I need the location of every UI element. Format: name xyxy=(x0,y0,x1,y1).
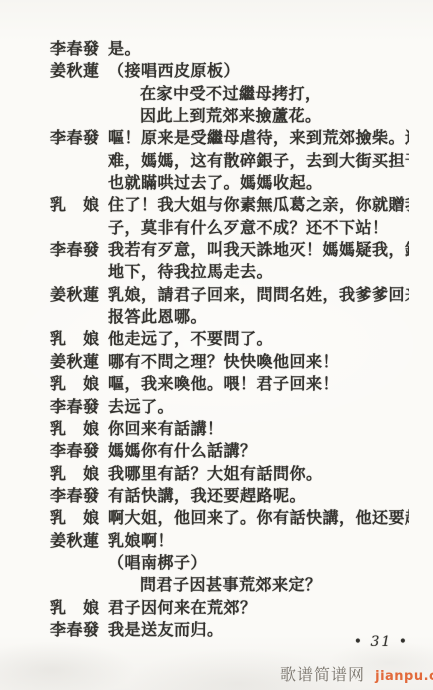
line-text: 是。 xyxy=(108,38,409,60)
speaker-name: 李春發 xyxy=(50,239,108,261)
script-line: 乳 娘 啊大姐，他回来了。你有話快講，他还要趕路呢。 xyxy=(50,507,409,529)
speaker-name xyxy=(50,552,108,574)
script-line: 李春發 嘔！原来是受繼母虐待，来到荒郊撿柴。这有何 xyxy=(50,127,409,149)
line-text: 問君子因甚事荒郊来定？ xyxy=(108,574,409,596)
line-text: 报答此恩哪。 xyxy=(108,306,409,328)
script-line: 乳 娘 他走远了，不要問了。 xyxy=(50,328,409,350)
script-line: 問君子因甚事荒郊来定？ xyxy=(50,574,409,596)
speaker-name: 乳 娘 xyxy=(50,597,108,619)
script-line: 乳 娘 住了！我大姐与你素無瓜葛之亲，你就贈我們銀 xyxy=(50,194,409,216)
speaker-name: 乳 娘 xyxy=(50,328,108,350)
line-text: 嘔！原来是受繼母虐待，来到荒郊撿柴。这有何 xyxy=(108,127,409,149)
line-text: 也就瞞哄过去了。媽媽收起。 xyxy=(108,172,409,194)
script-text-block: 李春發 是。 姜秋蓮 （接唱西皮原板） 在家中受不过繼母拷打， 因此上到荒郊来撿… xyxy=(50,38,409,641)
script-line: （唱南梆子） xyxy=(50,552,409,574)
speaker-name xyxy=(50,150,108,172)
line-text: 去远了。 xyxy=(108,396,409,418)
script-line: 李春發 我若有歹意，叫我天誅地灭！媽媽疑我，銀子放在 xyxy=(50,239,409,261)
line-text: 住了！我大姐与你素無瓜葛之亲，你就贈我們銀 xyxy=(108,194,409,216)
speaker-name: 姜秋蓮 xyxy=(50,530,108,552)
script-line: 李春發 是。 xyxy=(50,38,409,60)
speaker-name: 乳 娘 xyxy=(50,418,108,440)
line-text: 难，媽媽，这有散碎銀子，去到大街买担干柴回去， xyxy=(108,150,409,172)
script-line: 李春發 去远了。 xyxy=(50,396,409,418)
speaker-name: 李春發 xyxy=(50,485,108,507)
script-line: 姜秋蓮 （接唱西皮原板） xyxy=(50,60,409,82)
script-line: 难，媽媽，这有散碎銀子，去到大街买担干柴回去， xyxy=(50,150,409,172)
script-line: 乳 娘 君子因何来在荒郊？ xyxy=(50,597,409,619)
line-text: 我若有歹意，叫我天誅地灭！媽媽疑我，銀子放在 xyxy=(108,239,409,261)
line-text: 哪有不問之理？快快喚他回来！ xyxy=(108,351,409,373)
speaker-name: 乳 娘 xyxy=(50,463,108,485)
speaker-name: 李春發 xyxy=(50,396,108,418)
scanned-script-page: 李春發 是。 姜秋蓮 （接唱西皮原板） 在家中受不过繼母拷打， 因此上到荒郊来撿… xyxy=(0,0,433,690)
line-text: 有話快講，我还要趕路呢。 xyxy=(108,485,409,507)
speaker-name xyxy=(50,217,108,239)
watermark: 歌谱简谱网 jianpu.cn xyxy=(280,662,433,685)
speaker-name xyxy=(50,83,108,105)
script-line: 姜秋蓮 乳娘啊！ xyxy=(50,530,409,552)
line-text: 君子因何来在荒郊？ xyxy=(108,597,409,619)
script-line: 乳 娘 你回来有話講！ xyxy=(50,418,409,440)
script-line: 乳 娘 嘔，我来喚他。喂！君子回来！ xyxy=(50,373,409,395)
line-text: 嘔，我来喚他。喂！君子回来！ xyxy=(108,373,409,395)
speaker-name xyxy=(50,574,108,596)
speaker-name xyxy=(50,261,108,283)
speaker-name: 李春發 xyxy=(50,440,108,462)
script-line: 地下，待我拉馬走去。 xyxy=(50,261,409,283)
script-line: 姜秋蓮 哪有不問之理？快快喚他回来！ xyxy=(50,351,409,373)
speaker-name: 姜秋蓮 xyxy=(50,351,108,373)
speaker-name: 李春發 xyxy=(50,619,108,641)
script-line: 姜秋蓮 乳娘，請君子回来，問問名姓，我爹爹回来，也好 xyxy=(50,284,409,306)
line-text: （唱南梆子） xyxy=(108,552,409,574)
script-line: 在家中受不过繼母拷打， xyxy=(50,83,409,105)
line-text: （接唱西皮原板） xyxy=(108,60,409,82)
line-text: 地下，待我拉馬走去。 xyxy=(108,261,409,283)
script-line: 李春發 有話快講，我还要趕路呢。 xyxy=(50,485,409,507)
page-number: • 31 • xyxy=(354,634,409,650)
speaker-name: 乳 娘 xyxy=(50,194,108,216)
line-text: 因此上到荒郊来撿蘆花。 xyxy=(108,105,409,127)
speaker-name xyxy=(50,172,108,194)
line-text: 你回来有話講！ xyxy=(108,418,409,440)
line-text: 乳娘，請君子回来，問問名姓，我爹爹回来，也好 xyxy=(108,284,409,306)
speaker-name xyxy=(50,105,108,127)
script-line: 报答此恩哪。 xyxy=(50,306,409,328)
line-text: 在家中受不过繼母拷打， xyxy=(108,83,409,105)
script-line: 子，莫非有什么歹意不成？还不下站！ xyxy=(50,217,409,239)
speaker-name: 李春發 xyxy=(50,38,108,60)
line-text: 我哪里有話？大姐有話問你。 xyxy=(108,463,409,485)
line-text: 乳娘啊！ xyxy=(108,530,409,552)
watermark-url: jianpu.cn xyxy=(375,669,433,684)
script-line: 李春發 媽媽你有什么話講？ xyxy=(50,440,409,462)
watermark-site-name: 歌谱简谱网 xyxy=(280,665,365,684)
speaker-name: 姜秋蓮 xyxy=(50,60,108,82)
speaker-name: 乳 娘 xyxy=(50,373,108,395)
script-line: 也就瞞哄过去了。媽媽收起。 xyxy=(50,172,409,194)
line-text: 啊大姐，他回来了。你有話快講，他还要趕路呢。 xyxy=(108,507,409,529)
script-line: 因此上到荒郊来撿蘆花。 xyxy=(50,105,409,127)
speaker-name: 姜秋蓮 xyxy=(50,284,108,306)
line-text: 媽媽你有什么話講？ xyxy=(108,440,409,462)
script-line: 乳 娘 我哪里有話？大姐有話問你。 xyxy=(50,463,409,485)
speaker-name: 李春發 xyxy=(50,127,108,149)
line-text: 他走远了，不要問了。 xyxy=(108,328,409,350)
speaker-name: 乳 娘 xyxy=(50,507,108,529)
line-text: 子，莫非有什么歹意不成？还不下站！ xyxy=(108,217,409,239)
speaker-name xyxy=(50,306,108,328)
